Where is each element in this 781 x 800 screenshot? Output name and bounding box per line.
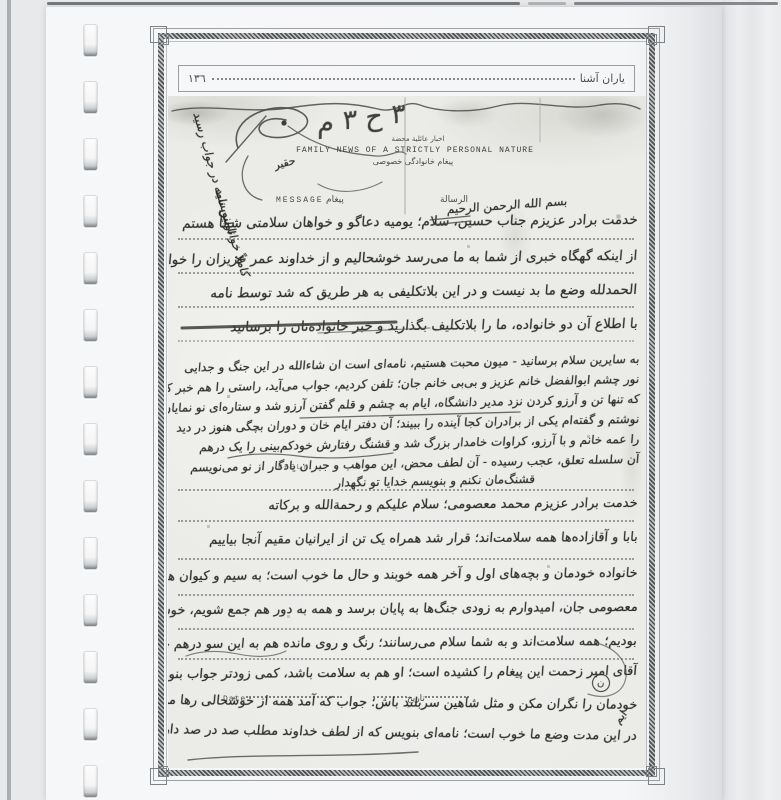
- underline: [300, 412, 520, 418]
- background-streaks: [722, 0, 781, 800]
- top-drawn-line: [172, 103, 640, 111]
- punch-hole: [83, 252, 98, 285]
- punch-hole: [83, 594, 98, 627]
- flourish-arc: [318, 182, 382, 191]
- book-top-edge: [574, 2, 778, 5]
- right-flourish: [588, 644, 626, 696]
- book-title: یاران آشنا: [580, 72, 625, 85]
- ink-dot: [281, 120, 286, 125]
- punch-hole: [83, 138, 98, 171]
- punch-hole: [83, 765, 98, 798]
- double-strikethrough: [430, 216, 471, 225]
- punch-hole: [83, 81, 98, 114]
- scrawl-loop: [236, 108, 307, 148]
- page-number: ۱۳٦: [188, 72, 206, 85]
- stroke: [318, 328, 430, 333]
- scribble-overlay: [168, 96, 646, 768]
- punch-hole: [83, 708, 98, 741]
- running-header: ۱۳٦ یاران آشنا: [178, 65, 635, 92]
- scrawl-tail: [288, 126, 406, 156]
- book-left-edge: [7, 0, 11, 800]
- book-top-edge: [528, 2, 566, 5]
- bottom-stroke: [188, 752, 418, 760]
- book-top-edge: [47, 2, 520, 5]
- punch-hole: [83, 423, 98, 456]
- scribble: [186, 651, 286, 656]
- punch-hole: [83, 537, 98, 570]
- header-dotted-leader: [212, 78, 575, 80]
- punch-hole: [83, 24, 98, 57]
- punch-hole: [83, 195, 98, 228]
- punch-hole: [83, 309, 98, 342]
- punch-hole: [83, 480, 98, 513]
- punch-hole: [83, 366, 98, 399]
- scanned-document: اخبار عائلية محضة FAMILY NEWS OF A STRIC…: [168, 96, 646, 768]
- heavy-stroke: [182, 322, 396, 328]
- wavy-underline: [228, 453, 393, 458]
- flourish-arc: [242, 156, 262, 200]
- scrawl-slash: [226, 116, 266, 162]
- punch-hole: [83, 651, 98, 684]
